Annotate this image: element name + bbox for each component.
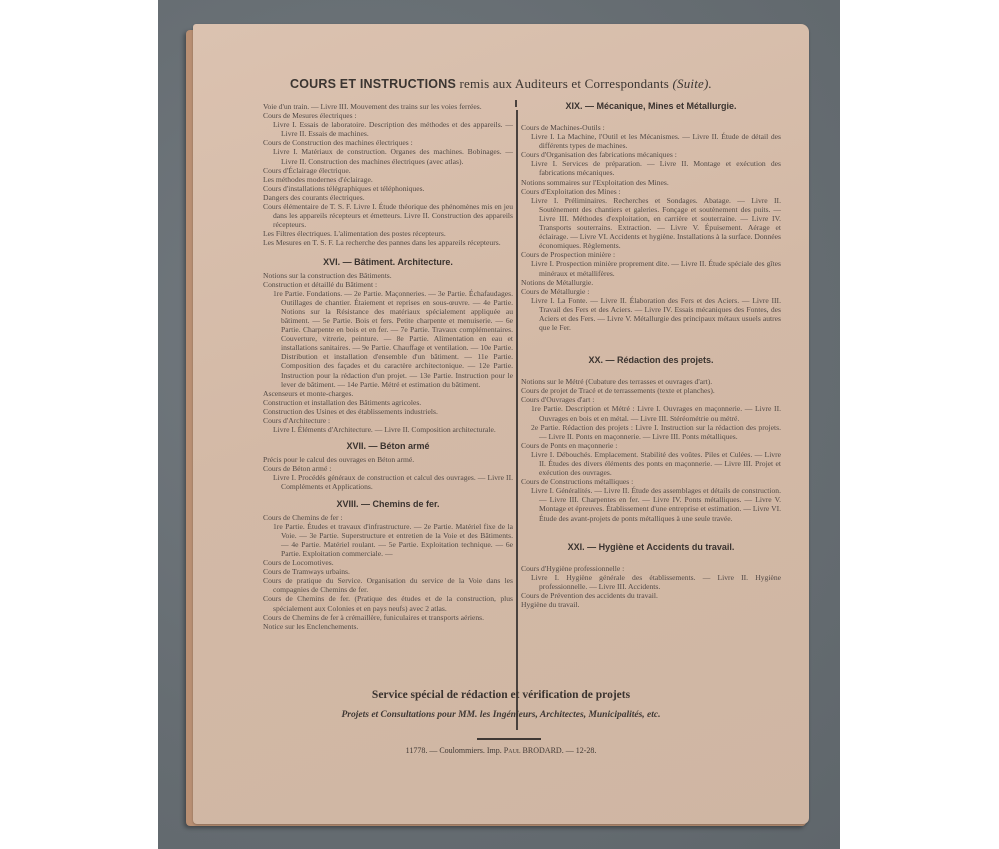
text-line: Cours de projet de Tracé et de terrassem…: [521, 386, 781, 395]
text-line: Cours élémentaire de T. S. F. Livre I. É…: [263, 202, 513, 229]
text-line: Cours de Chemins de fer à crémaillère, f…: [263, 613, 513, 622]
section-heading-xx: XX. — Rédaction des projets.: [521, 354, 781, 366]
text-line: Notions sur le Métré (Cubature des terra…: [521, 377, 781, 386]
text-line: Notions sommaires sur l'Exploitation des…: [521, 178, 781, 187]
left-column: Voie d'un train. — Livre III. Mouvement …: [263, 102, 513, 631]
page-title: COURS ET INSTRUCTIONS remis aux Auditeur…: [193, 76, 809, 92]
text-line: Construction et détaillé du Bâtiment :: [263, 280, 513, 289]
text-line: Cours d'Hygiène professionnelle :: [521, 564, 781, 573]
text-line: Cours de Machines-Outils :: [521, 123, 781, 132]
imprint-line: 11778. — Coulommiers. Imp. Paul BRODARD.…: [193, 746, 809, 755]
text-line: Cours d'Architecture :: [263, 416, 513, 425]
text-line: 2e Partie. Rédaction des projets : Livre…: [521, 423, 781, 441]
text-line: Livre I. Essais de laboratoire. Descript…: [263, 120, 513, 138]
document-page: COURS ET INSTRUCTIONS remis aux Auditeur…: [193, 24, 809, 824]
text-line: 1re Partie. Études et travaux d'infrastr…: [263, 522, 513, 558]
section-heading-xviii: XVIII. — Chemins de fer.: [263, 498, 513, 510]
text-line: Cours de pratique du Service. Organisati…: [263, 576, 513, 594]
text-line: Livre I. Débouchés. Emplacement. Stabili…: [521, 450, 781, 477]
service-title: Service spécial de rédaction et vérifica…: [193, 689, 809, 701]
text-line: Cours de Constructions métalliques :: [521, 477, 781, 486]
column-divider-tick: [515, 100, 517, 107]
text-line: Les Mesures en T. S. F. La recherche des…: [263, 238, 513, 247]
section-heading-xix: XIX. — Mécanique, Mines et Métallurgie.: [521, 100, 781, 112]
text-line: Les Filtres électriques. L'alimentation …: [263, 229, 513, 238]
text-line: Hygiène du travail.: [521, 600, 781, 609]
imprint-printer: Paul BRODARD: [504, 746, 562, 755]
title-suite: (Suite).: [673, 76, 713, 91]
text-line: Cours de Ponts en maçonnerie :: [521, 441, 781, 450]
text-line: Cours de Métallurgie :: [521, 287, 781, 296]
text-line: Les méthodes modernes d'éclairage.: [263, 175, 513, 184]
section-heading-xvii: XVII. — Béton armé: [263, 440, 513, 452]
text-line: Ascenseurs et monte-charges.: [263, 389, 513, 398]
text-line: Cours de Chemins de fer. (Pratique des é…: [263, 594, 513, 612]
imprint-suffix: . — 12-28.: [562, 746, 597, 755]
text-line: Cours d'installations télégraphiques et …: [263, 184, 513, 193]
text-line: Notions de Métallurgie.: [521, 278, 781, 287]
text-line: Cours de Construction des machines élect…: [263, 138, 513, 147]
text-line: Cours d'Organisation des fabrications mé…: [521, 150, 781, 159]
title-strong: COURS ET INSTRUCTIONS: [290, 77, 456, 91]
text-line: Construction des Usines et des établisse…: [263, 407, 513, 416]
text-line: Cours de Tramways urbains.: [263, 567, 513, 576]
text-line: Dangers des courants électriques.: [263, 193, 513, 202]
section-heading-xvi: XVI. — Bâtiment. Architecture.: [263, 256, 513, 268]
text-line: Livre I. Procédés généraux de constructi…: [263, 473, 513, 491]
text-line: Cours de Mesures électriques :: [263, 111, 513, 120]
text-line: Construction et installation des Bâtimen…: [263, 398, 513, 407]
text-line: Notice sur les Enclenchements.: [263, 622, 513, 631]
text-line: Livre I. Services de préparation. — Livr…: [521, 159, 781, 177]
text-line: Cours d'Exploitation des Mines :: [521, 187, 781, 196]
text-line: Livre I. Éléments d'Architecture. — Livr…: [263, 425, 513, 434]
text-line: Livre I. Prospection minière proprement …: [521, 259, 781, 277]
text-line: Voie d'un train. — Livre III. Mouvement …: [263, 102, 513, 111]
title-rest: remis aux Auditeurs et Correspondants: [456, 76, 673, 91]
service-subtitle: Projets et Consultations pour MM. les In…: [193, 710, 809, 720]
text-line: 1re Partie. Fondations. — 2e Partie. Maç…: [263, 289, 513, 389]
text-line: Précis pour le calcul des ouvrages en Bé…: [263, 455, 513, 464]
text-line: 1re Partie. Description et Métré : Livre…: [521, 404, 781, 422]
text-line: Notions sur la construction des Bâtiment…: [263, 271, 513, 280]
text-line: Cours de Chemins de fer :: [263, 513, 513, 522]
text-line: Livre I. La Machine, l'Outil et les Méca…: [521, 132, 781, 150]
text-line: Livre I. Préliminaires. Recherches et So…: [521, 196, 781, 251]
text-line: Cours d'Ouvrages d'art :: [521, 395, 781, 404]
right-column: XIX. — Mécanique, Mines et Métallurgie. …: [521, 102, 781, 609]
section-heading-xxi: XXI. — Hygiène et Accidents du travail.: [521, 541, 781, 553]
text-line: Cours de Locomotives.: [263, 558, 513, 567]
footer-rule: [477, 738, 541, 740]
column-divider: [516, 110, 518, 730]
text-line: Cours de Béton armé :: [263, 464, 513, 473]
text-line: Livre I. La Fonte. — Livre II. Élaborati…: [521, 296, 781, 332]
text-line: Livre I. Hygiène générale des établissem…: [521, 573, 781, 591]
imprint-prefix: 11778. — Coulommiers. Imp.: [406, 746, 504, 755]
text-line: Cours d'Éclairage électrique.: [263, 166, 513, 175]
text-line: Livre I. Généralités. — Livre II. Étude …: [521, 486, 781, 522]
text-line: Cours de Prévention des accidents du tra…: [521, 591, 781, 600]
text-line: Livre I. Matériaux de construction. Orga…: [263, 147, 513, 165]
